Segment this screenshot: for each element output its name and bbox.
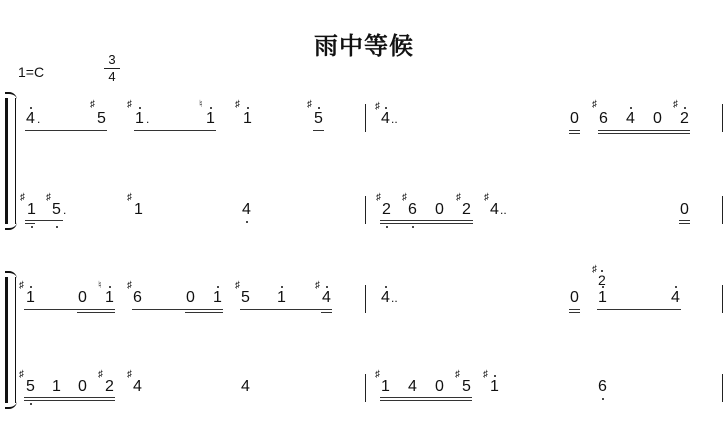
sixteenth-beam-2	[679, 223, 690, 224]
note: 5	[97, 110, 106, 128]
note: 5	[26, 378, 35, 396]
sharp-icon: ♯	[127, 281, 132, 291]
sharp-icon: ♯	[315, 281, 320, 291]
note: 4	[671, 289, 680, 307]
note: 4	[381, 289, 390, 307]
sixteenth-beam-1	[569, 309, 580, 310]
sixteenth-beam-1	[679, 220, 690, 221]
octave-dot-above	[139, 107, 141, 109]
note: 5	[314, 110, 323, 128]
octave-dot-above	[210, 107, 212, 109]
augmentation-dot: .	[63, 204, 66, 216]
barline	[365, 374, 366, 402]
octave-dot-above	[385, 107, 387, 109]
barline	[722, 104, 723, 132]
note: 1	[26, 289, 35, 307]
octave-dot-below	[246, 221, 248, 223]
sharp-icon: ♯	[19, 370, 24, 380]
note: 4	[322, 289, 331, 307]
note: 1	[206, 110, 215, 128]
rest: 0	[435, 201, 444, 219]
rest: 0	[186, 289, 195, 307]
sixteenth-beam-2	[380, 400, 472, 401]
time-sig-numerator: 3	[104, 53, 120, 67]
octave-dot-above	[30, 107, 32, 109]
sixteenth-beam-2	[569, 312, 580, 313]
eighth-beam	[25, 130, 107, 131]
eighth-beam	[24, 309, 115, 310]
eighth-beam	[597, 309, 681, 310]
barline	[722, 374, 723, 402]
augmentation-dots: ..	[391, 113, 398, 125]
sharp-icon: ♯	[592, 265, 597, 275]
note: 6	[408, 201, 417, 219]
sixteenth-beam-1	[380, 220, 473, 221]
time-signature: 3 4	[104, 53, 120, 84]
sharp-icon: ♯	[455, 370, 460, 380]
sharp-icon: ♯	[235, 281, 240, 291]
sixteenth-beam-2	[24, 400, 115, 401]
octave-dot-above	[247, 107, 249, 109]
note: 2	[105, 378, 114, 396]
system-1-bracket-icon	[5, 98, 16, 224]
sixteenth-beam-2	[380, 223, 473, 224]
octave-dot-above	[109, 286, 111, 288]
sixteenth-beam-1	[24, 397, 115, 398]
note: 1	[243, 110, 252, 128]
sharp-icon: ♯	[673, 100, 678, 110]
sixteenth-beam	[185, 312, 223, 313]
octave-dot-below	[412, 226, 414, 228]
sharp-icon: ♯	[127, 193, 132, 203]
note: 5	[462, 378, 471, 396]
time-sig-denominator: 4	[104, 70, 120, 84]
sixteenth-beam-2	[598, 133, 690, 134]
octave-dot-above	[326, 286, 328, 288]
sharp-icon: ♯	[235, 100, 240, 110]
sharp-icon: ♯	[19, 281, 24, 291]
octave-dot-below	[31, 226, 33, 228]
note: 6	[133, 289, 142, 307]
sharp-icon: ♯	[46, 193, 51, 203]
note: 1	[52, 378, 61, 396]
key-signature: 1=C	[18, 64, 44, 80]
augmentation-dots: ..	[391, 292, 398, 304]
note: 1	[105, 289, 114, 307]
note: 2	[382, 201, 391, 219]
note: 5	[241, 289, 250, 307]
note: 4	[26, 110, 35, 128]
sixteenth-beam-1	[380, 397, 472, 398]
rest: 0	[570, 289, 579, 307]
sharp-icon: ♯	[375, 370, 380, 380]
augmentation-dot: .	[37, 113, 40, 125]
system-2-bracket-icon	[5, 277, 16, 403]
note: 1	[490, 378, 499, 396]
sixteenth-beam-2	[569, 133, 580, 134]
note: 5	[52, 201, 61, 219]
octave-dot-above	[494, 375, 496, 377]
sixteenth-beam-1	[598, 130, 690, 131]
octave-dot-above	[675, 286, 677, 288]
note: 4	[133, 378, 142, 396]
eighth-beam	[134, 130, 216, 131]
octave-dot-below	[386, 226, 388, 228]
note: 6	[598, 378, 607, 396]
octave-dot-above	[318, 107, 320, 109]
note: 4	[381, 110, 390, 128]
note: 2	[680, 110, 689, 128]
sharp-icon: ♯	[127, 100, 132, 110]
sharp-icon: ♯	[456, 193, 461, 203]
note: 1	[598, 289, 607, 307]
barline	[722, 196, 723, 224]
sharp-icon: ♯	[376, 193, 381, 203]
rest: 0	[435, 378, 444, 396]
octave-dot-above	[30, 286, 32, 288]
note: 4	[408, 378, 417, 396]
octave-dot-above	[602, 286, 604, 288]
note: 6	[599, 110, 608, 128]
note: 4	[241, 378, 250, 396]
barline	[722, 285, 723, 313]
sixteenth-beam	[77, 312, 115, 313]
rest: 0	[78, 378, 87, 396]
augmentation-dot: .	[146, 113, 149, 125]
note: 1	[277, 289, 286, 307]
note: 2	[462, 201, 471, 219]
barline	[365, 285, 366, 313]
octave-dot-above	[217, 286, 219, 288]
augmentation-dots: ..	[500, 204, 507, 216]
sharp-icon: ♯	[127, 370, 132, 380]
sharp-icon: ♯	[20, 193, 25, 203]
octave-dot-below	[56, 226, 58, 228]
eighth-beam	[313, 130, 324, 131]
eighth-beam	[25, 220, 63, 221]
note: 1	[213, 289, 222, 307]
barline	[365, 196, 366, 224]
note: 4	[626, 110, 635, 128]
note: 1	[135, 110, 144, 128]
sharp-icon: ♯	[592, 100, 597, 110]
rest: 0	[653, 110, 662, 128]
rest: 0	[680, 201, 689, 219]
sharp-icon: ♯	[483, 370, 488, 380]
note: 4	[490, 201, 499, 219]
sharp-icon: ♯	[375, 102, 380, 112]
note: 1	[27, 201, 36, 219]
sharp-icon: ♯	[98, 370, 103, 380]
sixteenth-beam	[321, 312, 332, 313]
sharp-icon: ♯	[402, 193, 407, 203]
octave-dot-above	[630, 107, 632, 109]
natural-icon: ♮	[199, 100, 203, 110]
sharp-icon: ♯	[307, 100, 312, 110]
octave-dot-below	[30, 403, 32, 405]
octave-dot-above	[385, 286, 387, 288]
natural-icon: ♮	[98, 281, 102, 291]
octave-dot-below	[602, 398, 604, 400]
sharp-icon: ♯	[90, 100, 95, 110]
sixteenth-beam-1	[569, 130, 580, 131]
rest: 0	[78, 289, 87, 307]
sixteenth-beam	[25, 223, 35, 224]
octave-dot-above	[684, 107, 686, 109]
rest: 0	[570, 110, 579, 128]
sharp-icon: ♯	[484, 193, 489, 203]
eighth-beam	[132, 309, 223, 310]
note: 4	[242, 201, 251, 219]
octave-dot-above	[281, 286, 283, 288]
note: 1	[381, 378, 390, 396]
octave-dot-above	[601, 270, 603, 272]
barline	[365, 104, 366, 132]
eighth-beam	[240, 309, 332, 310]
note: 1	[134, 201, 143, 219]
